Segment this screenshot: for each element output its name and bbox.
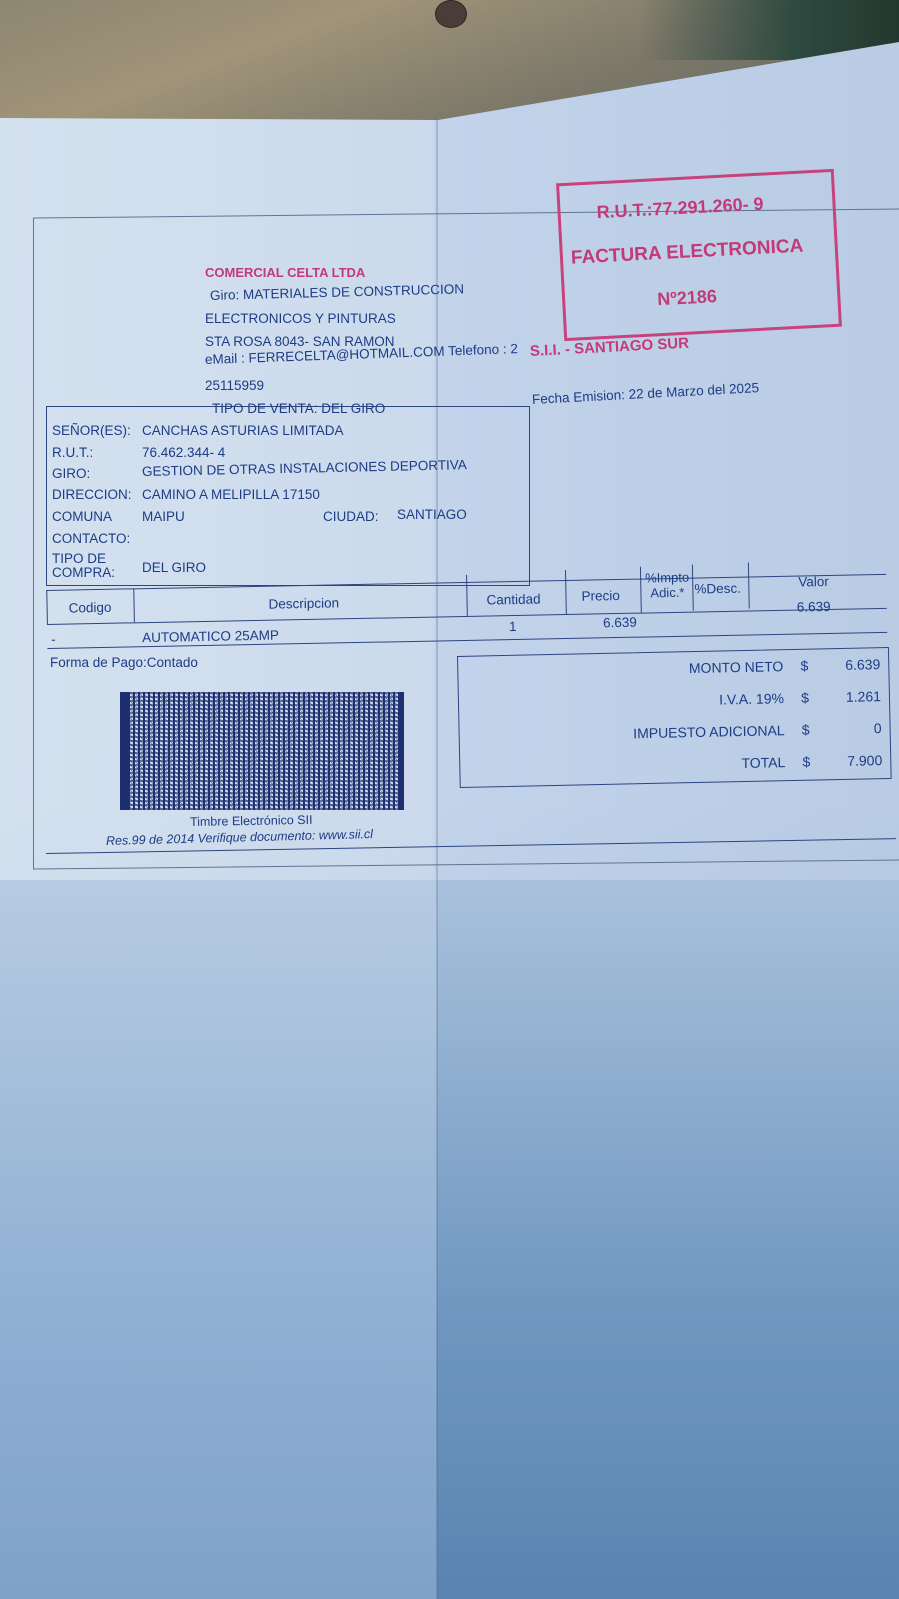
total-label: TOTAL [741, 754, 785, 771]
col-divider [640, 567, 642, 613]
total-value: 7.900 [847, 752, 882, 769]
col-header-impto: %Impto Adic.* [643, 570, 692, 601]
timbre-barcode [120, 692, 404, 810]
document-type: FACTURA ELECTRONICA [570, 236, 803, 270]
client-name: CANCHAS ASTURIAS LIMITADA [142, 423, 344, 438]
client-label-giro: GIRO: [52, 466, 90, 481]
net-currency: $ [800, 658, 808, 674]
col-divider [46, 590, 48, 624]
col-header-codigo: Codigo [68, 600, 111, 616]
col-header-precio: Precio [581, 588, 620, 604]
client-label-comuna: COMUNA [52, 509, 112, 524]
iva-currency: $ [801, 690, 809, 706]
col-header-cantidad: Cantidad [486, 592, 540, 608]
client-label-name: SEÑOR(ES): [52, 423, 131, 438]
paper-lower-left [0, 880, 437, 1599]
client-comuna: MAIPU [142, 509, 185, 524]
stamp-caption: Timbre Electrónico SII [190, 813, 313, 829]
invoice-document: COMERCIAL CELTA LTDA Giro: MATERIALES DE… [0, 0, 899, 900]
row-precio: 6.639 [603, 615, 637, 631]
paper-lower-right [437, 880, 899, 1599]
invoice-paper: COMERCIAL CELTA LTDA Giro: MATERIALES DE… [0, 0, 899, 1599]
row-valor: 6.639 [797, 599, 831, 615]
additional-tax-value: 0 [874, 720, 882, 736]
issuer-giro-line2: ELECTRONICOS Y PINTURAS [205, 311, 396, 326]
iva-value: 1.261 [846, 688, 881, 705]
row-codigo: - [51, 632, 56, 647]
client-box: SEÑOR(ES): CANCHAS ASTURIAS LIMITADA R.U… [46, 406, 530, 586]
col-header-desc: %Desc. [694, 581, 741, 597]
col-header-valor: Valor [798, 574, 829, 590]
client-label-contact: CONTACTO: [52, 531, 130, 546]
iva-label: I.V.A. 19% [719, 690, 784, 707]
client-label-address: DIRECCION: [52, 487, 132, 502]
row-cantidad: 1 [509, 619, 517, 634]
issuer-phone-continued: 25115959 [205, 378, 264, 393]
payment-method: Forma de Pago:Contado [50, 655, 198, 670]
col-divider [748, 563, 750, 609]
coin [435, 0, 467, 28]
issuer-name: COMERCIAL CELTA LTDA [205, 265, 365, 280]
client-label-city: CIUDAD: [323, 509, 379, 524]
net-label: MONTO NETO [689, 658, 784, 676]
col-divider [133, 588, 135, 622]
totals-box: MONTO NETO $ 6.639 I.V.A. 19% $ 1.261 IM… [457, 647, 892, 788]
net-value: 6.639 [845, 656, 880, 673]
client-city: SANTIAGO [397, 507, 467, 522]
client-label-rut: R.U.T.: [52, 445, 93, 460]
row-descripcion: AUTOMATICO 25AMP [142, 628, 279, 646]
client-address: CAMINO A MELIPILLA 17150 [142, 487, 320, 502]
invoice-number: Nº2186 [657, 286, 718, 310]
client-rut: 76.462.344- 4 [142, 445, 225, 460]
col-divider [565, 570, 567, 614]
issuer-rut: R.U.T.:77.291.260- 9 [596, 194, 764, 224]
col-header-descripcion: Descripcion [268, 595, 339, 611]
additional-tax-label: IMPUESTO ADICIONAL [633, 722, 785, 741]
client-giro: GESTION DE OTRAS INSTALACIONES DEPORTIVA [142, 457, 467, 479]
additional-tax-currency: $ [802, 722, 810, 738]
rut-box: R.U.T.:77.291.260- 9 FACTURA ELECTRONICA… [556, 169, 842, 341]
total-currency: $ [802, 754, 810, 770]
